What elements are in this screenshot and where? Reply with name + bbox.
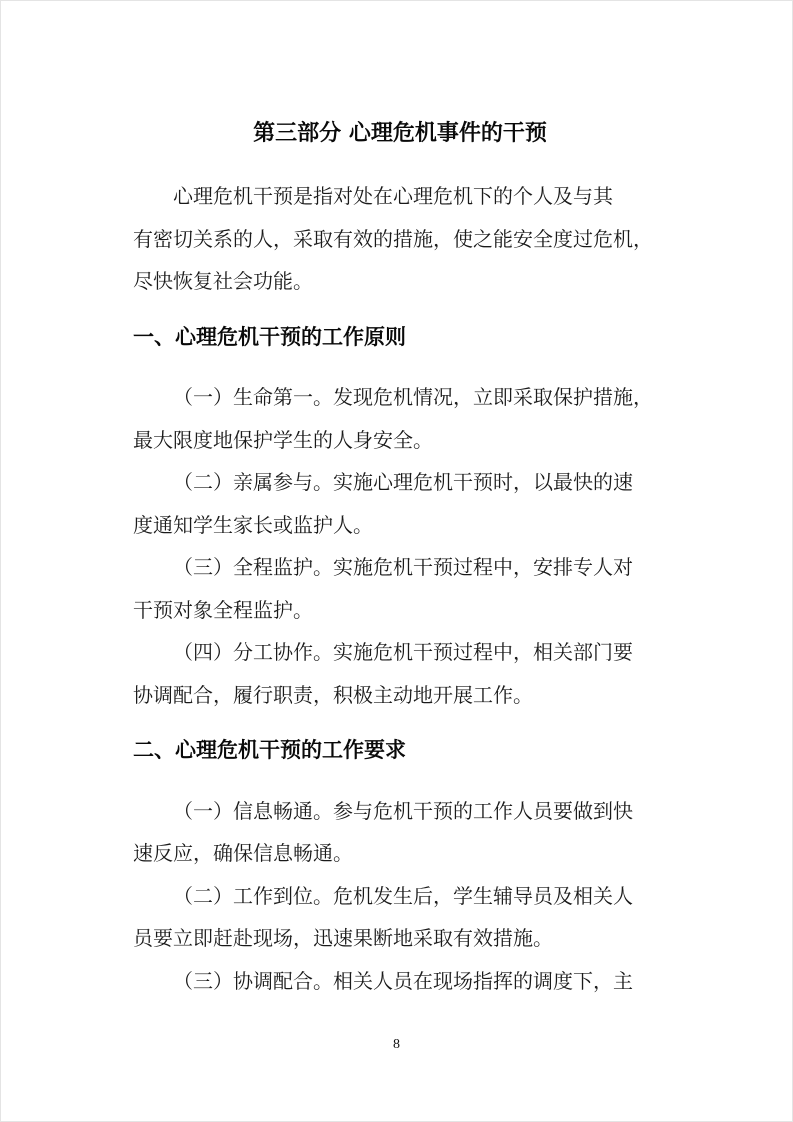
document-page: 第三部分 心理危机事件的干预 心理危机干预是指对处在心理危机下的个人及与其 有密… bbox=[0, 0, 793, 1122]
section-1-paragraph-2: （二）亲属参与。实施心理危机干预时，以最快的速 度通知学生家长或监护人。 bbox=[133, 462, 667, 547]
document-title: 第三部分 心理危机事件的干预 bbox=[133, 1, 667, 149]
intro-paragraph: 心理危机干预是指对处在心理危机下的个人及与其 有密切关系的人，采取有效的措施，使… bbox=[133, 176, 667, 304]
section-1-heading: 一、心理危机干预的工作原则 bbox=[133, 316, 667, 359]
section-2-paragraph-2: （二）工作到位。危机发生后，学生辅导员及相关人 员要立即赶赴现场，迅速果断地采取… bbox=[133, 876, 667, 961]
section-1-paragraph-3: （三）全程监护。实施危机干预过程中，安排专人对 干预对象全程监护。 bbox=[133, 547, 667, 632]
section-1-paragraph-4: （四）分工协作。实施危机干预过程中，相关部门要 协调配合，履行职责，积极主动地开… bbox=[133, 632, 667, 717]
section-1-paragraph-1: （一）生命第一。发现危机情况，立即采取保护措施， 最大限度地保护学生的人身安全。 bbox=[133, 377, 667, 462]
document-content: 第三部分 心理危机事件的干预 心理危机干预是指对处在心理危机下的个人及与其 有密… bbox=[133, 1, 667, 1003]
section-2-heading: 二、心理危机干预的工作要求 bbox=[133, 729, 667, 772]
section-2-paragraph-1: （一）信息畅通。参与危机干预的工作人员要做到快 速反应，确保信息畅通。 bbox=[133, 791, 667, 876]
section-2-paragraph-3: （三）协调配合。相关人员在现场指挥的调度下，主 bbox=[133, 961, 667, 1004]
page-number: 8 bbox=[1, 1035, 792, 1055]
